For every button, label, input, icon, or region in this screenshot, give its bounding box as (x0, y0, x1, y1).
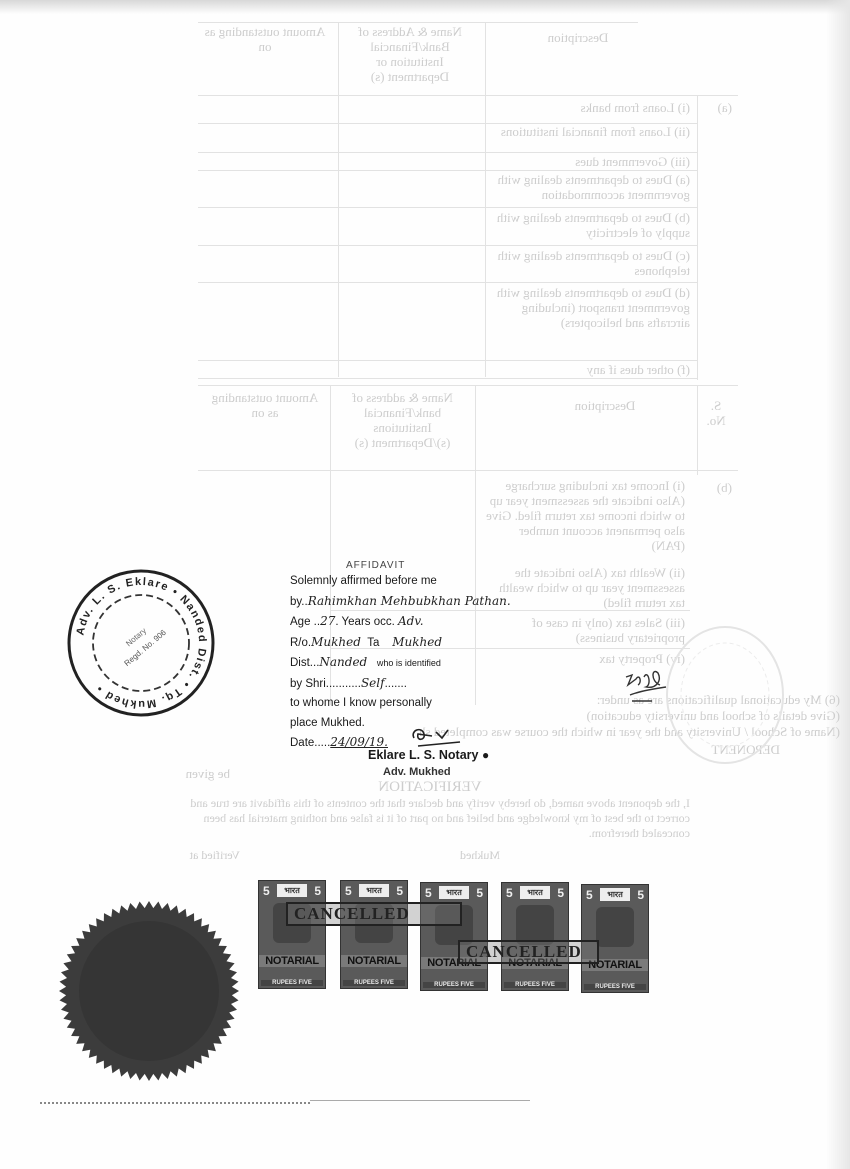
years-occ-label: Years occ. (342, 616, 395, 628)
notarial-stamps: 5भारत5 NOTARIAL RUPEES FIVE 5भारत5 NOTAR… (258, 880, 658, 992)
place-line: place Mukhed. (290, 714, 520, 734)
bleed-header-description-2: Description (535, 398, 675, 413)
date-label: Date (290, 737, 314, 749)
notarial-stamp: 5भारत5 NOTARIAL RUPEES FIVE (581, 884, 649, 993)
bleed-verification-title: VERIFICATION (360, 780, 500, 795)
notarial-stamp: 5भारत5 NOTARIAL RUPEES FIVE (258, 880, 326, 989)
bleed-row-label-b: (b) (702, 480, 732, 495)
bleed-item: (ii) Loans from financial institutions (490, 124, 690, 139)
scan-artifact-line (40, 1102, 310, 1104)
by-shri-label: by Shri (290, 678, 326, 690)
bleed-item: (b) Dues to departments dealing with sup… (490, 210, 690, 240)
by-shri-value: Self (361, 676, 385, 690)
cancelled-mark-2: CANCELLED (458, 940, 599, 964)
know-personally-line: to whome I know personally (290, 694, 520, 714)
occupation-value: Adv. (398, 614, 424, 628)
ta-value: Mukhed (392, 635, 442, 649)
bleed-item: (i) Income tax including surcharge (Also… (485, 478, 685, 553)
bleed-item: (a) Dues to departments dealing with gov… (490, 172, 690, 202)
affidavit-title: AFFIDAVIT (290, 560, 520, 572)
age-value: 27 (320, 614, 335, 628)
bleed-header-description: Description (528, 30, 628, 45)
svg-text:Adv. L. S. Eklare • Nanded Dis: Adv. L. S. Eklare • Nanded Dist. • Tq. M… (74, 576, 208, 710)
bleed-header-bank: Name & Address of Bank/Financial Institu… (345, 24, 475, 84)
by-label: by (290, 596, 301, 608)
embossed-seal (58, 900, 240, 1082)
bleed-item: (f) other dues if any (490, 362, 690, 377)
deponent-name: Rahimkhan Mehbubkhan Pathan. (308, 594, 511, 608)
ro-label: R/o. (290, 637, 311, 649)
solemnly-label: Solemnly affirmed before me (290, 575, 437, 587)
place-label: place (290, 717, 318, 729)
age-label: Age (290, 616, 310, 628)
ro-value: Mukhed (311, 635, 361, 649)
notary-round-seal: Adv. L. S. Eklare • Nanded Dist. • Tq. M… (66, 568, 216, 718)
scan-shadow-right (826, 0, 850, 1169)
place-value: Mukhed. (321, 717, 365, 729)
bleed-header-sno: S. No. (700, 398, 732, 428)
residence-line: R/o.Mukhed Ta Mukhed (290, 633, 520, 654)
bleed-item: (iii) Government dues (490, 154, 690, 169)
bleed-header-bank-2: Name & address of bank/Financial Institu… (335, 390, 470, 450)
emblem-icon (516, 905, 554, 945)
bleed-given: be given (170, 766, 230, 781)
bleed-seal-circle (660, 620, 790, 770)
seal-outer-text: Adv. L. S. Eklare • Nanded Dist. • Tq. M… (74, 576, 208, 710)
notarial-stamp: 5भारत5 NOTARIAL RUPEES FIVE (420, 882, 488, 991)
notary-signature (408, 724, 468, 750)
deponent-signature (622, 665, 672, 707)
affidavit-block: AFFIDAVIT Solemnly affirmed before me by… (290, 560, 520, 754)
bleed-header-amount: Amount outstanding as on (200, 24, 330, 54)
bleed-item: (i) Loans from banks (490, 100, 690, 115)
scan-artifact-line (310, 1100, 530, 1101)
document-page: Description Name & Address of Bank/Finan… (0, 0, 850, 1169)
ta-label: Ta (367, 637, 379, 649)
cancelled-mark-1: CANCELLED (286, 902, 462, 926)
by-shri-line: by Shri...........Self....... (290, 674, 520, 695)
bleed-verified-at: Verified at (160, 848, 240, 863)
bleed-item: (c) Dues to departments dealing with tel… (490, 248, 690, 278)
district-line: Dist...Nanded who is identified (290, 653, 520, 674)
notary-name: Eklare L. S. Notary ● (368, 748, 489, 762)
dist-label: Dist. (290, 657, 313, 669)
notarial-stamp: 5भारत5 NOTARIAL RUPEES FIVE (501, 882, 569, 991)
dist-value: Nanded (319, 655, 367, 669)
bleed-verified-place: Mukhed (440, 848, 500, 863)
identified-label: who is identified (377, 658, 441, 668)
bleed-row-label-a: (a) (702, 100, 732, 115)
solemnly-line: Solemnly affirmed before me (290, 572, 520, 592)
by-line: by..Rahimkhan Mehbubkhan Pathan. (290, 592, 520, 613)
notarial-stamp: 5भारत5 NOTARIAL RUPEES FIVE (340, 880, 408, 989)
bleed-verification-text: I, the deponent above named, do hereby v… (160, 796, 690, 841)
age-line: Age ..27. Years occ. Adv. (290, 612, 520, 633)
bleed-item: (d) Dues to departments dealing with gov… (490, 285, 690, 330)
date-value: 24/09/19. (330, 735, 388, 749)
know-personally-label: to whome I know personally (290, 697, 432, 709)
notary-subtitle: Adv. Mukhed (383, 766, 451, 778)
emblem-icon (596, 907, 634, 947)
bleed-header-amount-2: Amount outstanding as on (205, 390, 325, 420)
scan-shadow-top (0, 0, 850, 14)
